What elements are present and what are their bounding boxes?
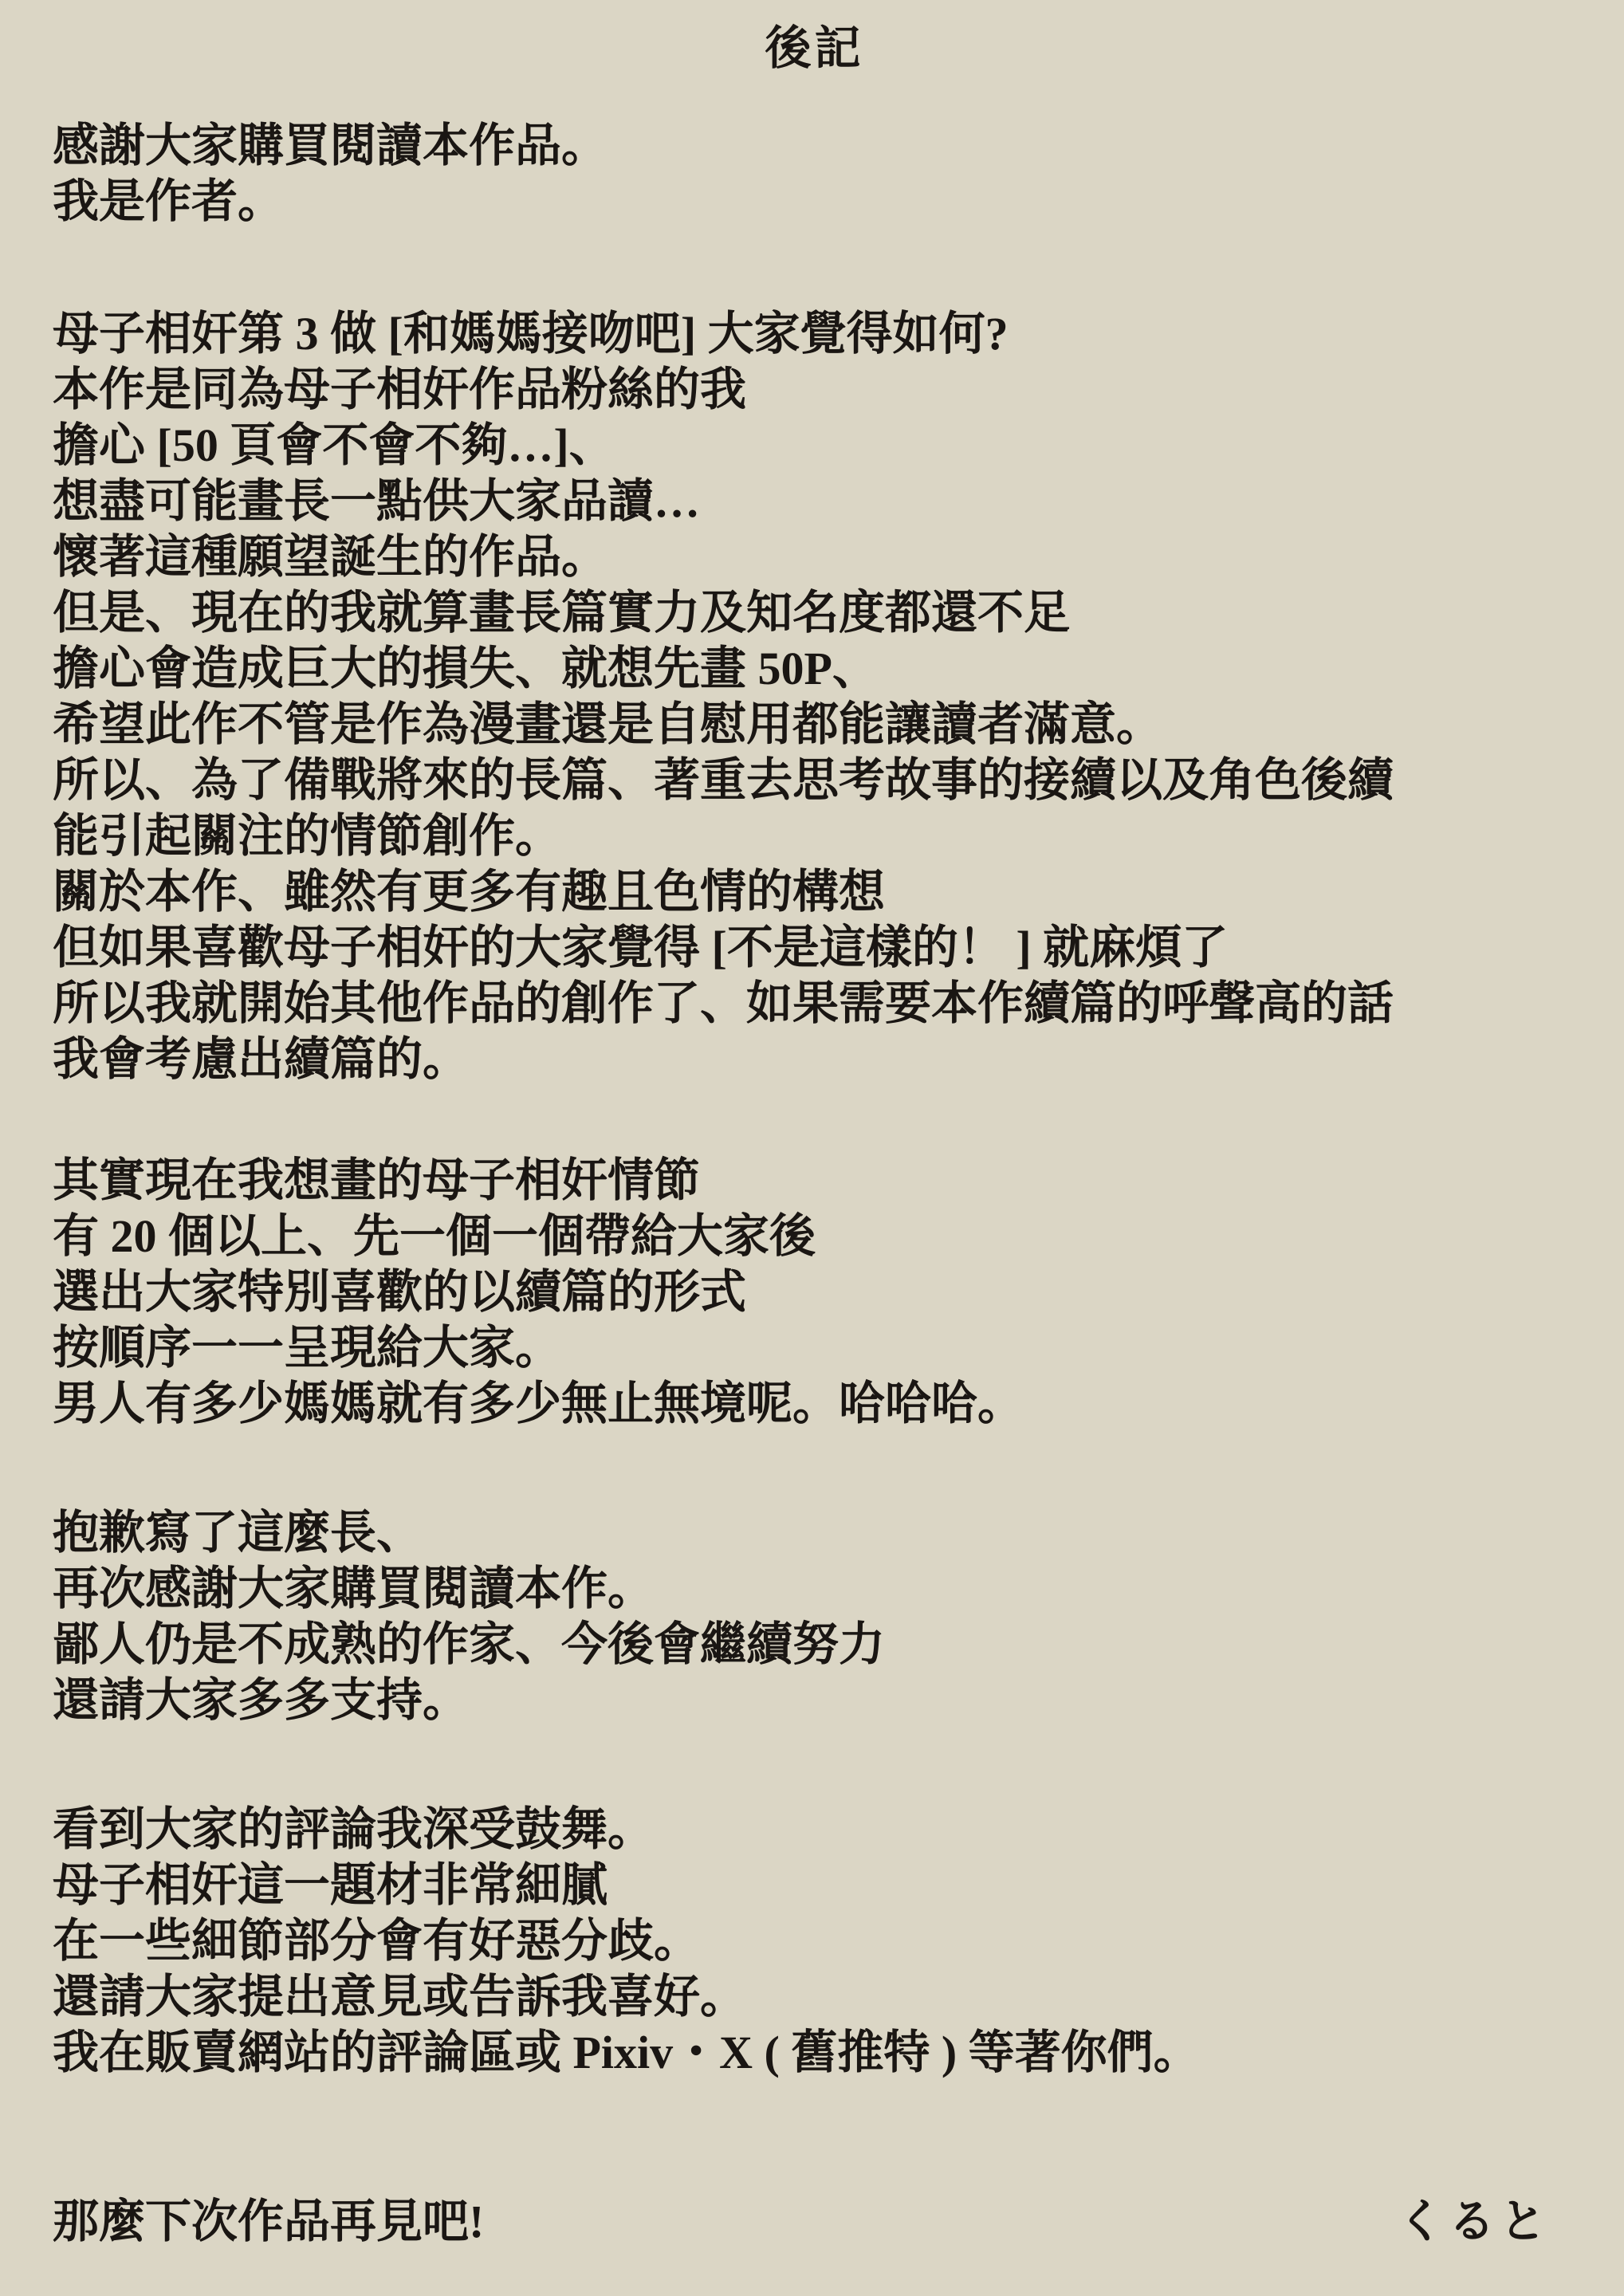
paragraph-about-work: 母子相奸第 3 做 [和媽媽接吻吧] 大家覺得如何? 本作是同為母子相奸作品粉絲… (53, 306, 1576, 1087)
paragraph-thanks: 感謝大家購買閱讀本作品。 我是作者。 (53, 118, 1576, 230)
paragraph-feedback: 看到大家的評論我深受鼓舞。 母子相奸這一題材非常細膩 在一些細節部分會有好惡分歧… (53, 1802, 1576, 2081)
paragraph-apology-support: 抱歉寫了這麼長、 再次感謝大家購買閱讀本作。 鄙人仍是不成熟的作家、今後會繼續努… (53, 1505, 1576, 1728)
afterword-page: 後記 感謝大家購買閱讀本作品。 我是作者。 母子相奸第 3 做 [和媽媽接吻吧]… (0, 0, 1624, 2296)
paragraph-future-ideas: 其實現在我想畫的母子相奸情節 有 20 個以上、先一個一個帶給大家後 選出大家特… (53, 1153, 1576, 1432)
page-title: 後記 (53, 21, 1576, 77)
footer: 那麼下次作品再見吧! くると (53, 2194, 1576, 2250)
author-signature: くると (1398, 2194, 1551, 2250)
closing-line: 那麼下次作品再見吧! (53, 2194, 484, 2250)
